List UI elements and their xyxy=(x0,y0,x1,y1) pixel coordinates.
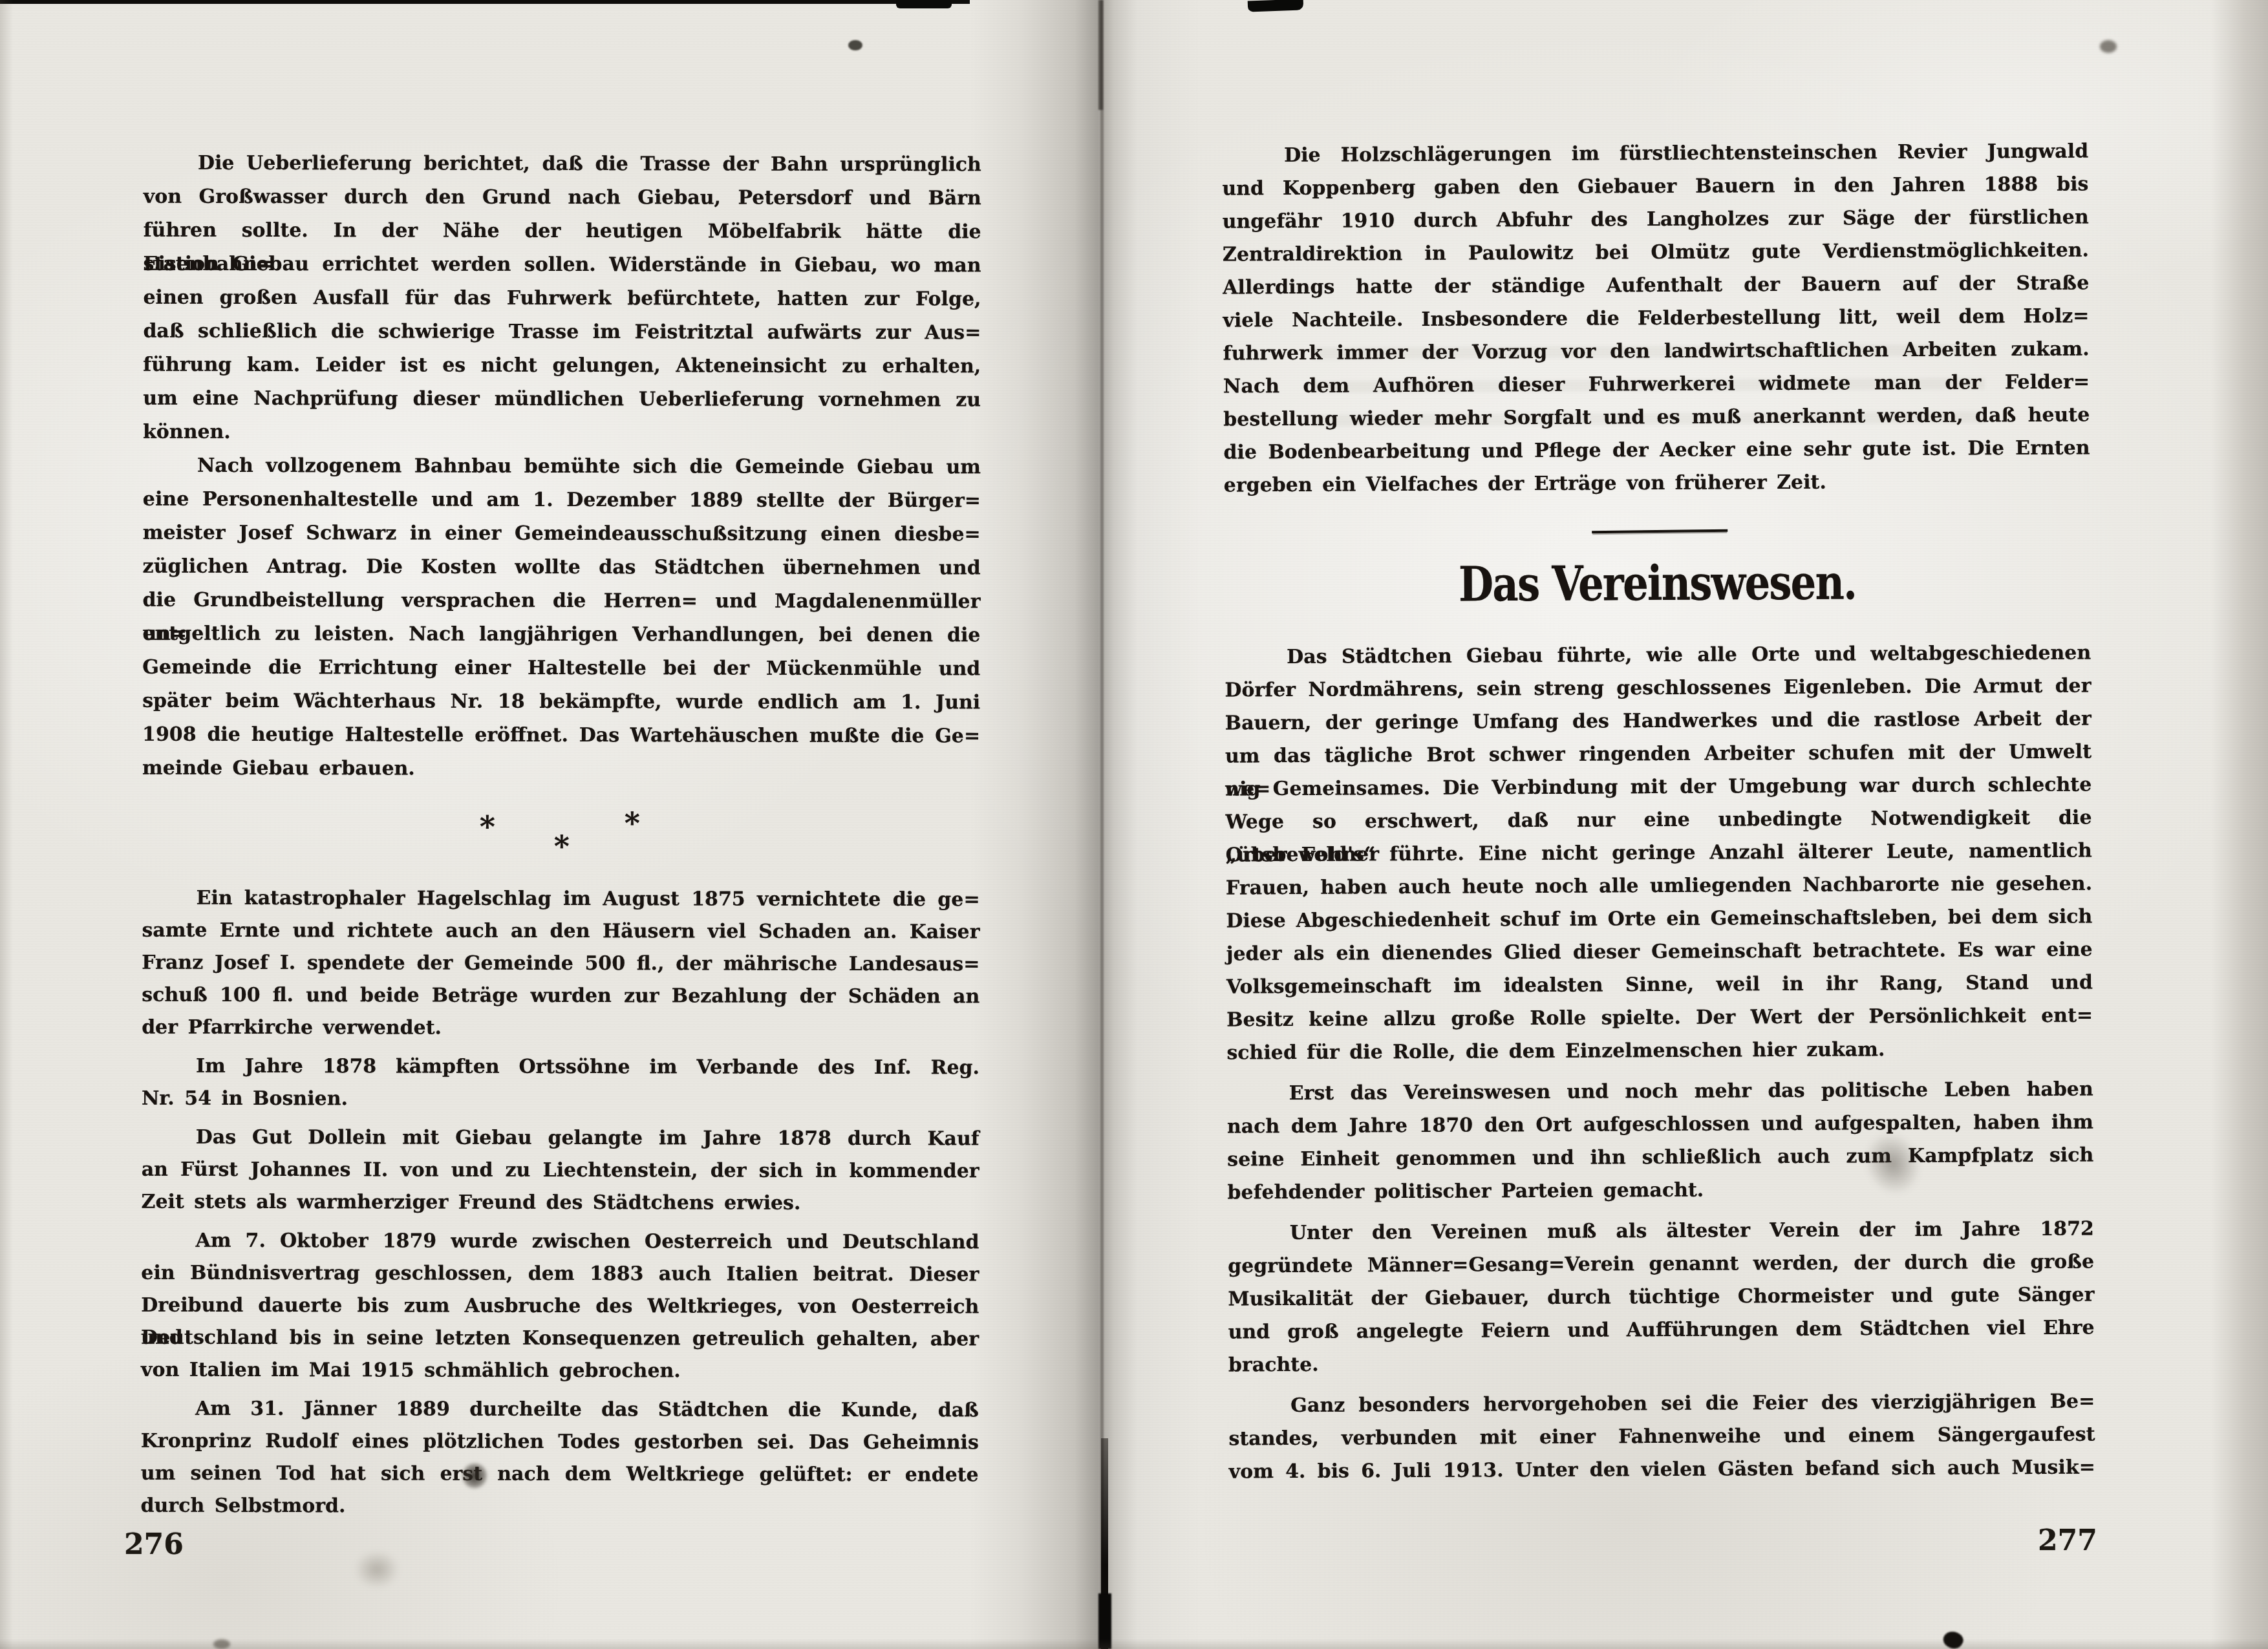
text-line: Das Städtchen Giebau führte, wie alle Or… xyxy=(1225,636,2091,674)
text-line: Franz Josef I. spendete der Gemeinde 500… xyxy=(142,947,979,981)
text-line: Ganz besonders hervorgehoben sei die Fei… xyxy=(1228,1385,2095,1422)
speck-top-left-page xyxy=(848,40,862,50)
text-line: Unter den Vereinen muß als ältester Vere… xyxy=(1228,1212,2094,1250)
text-line: Diese Abgeschiedenheit schuf im Orte ein… xyxy=(1226,900,2092,937)
text-line: nig Gemeinsames. Die Verbindung mit der … xyxy=(1225,768,2091,805)
text-line: station Giebau errichtet werden sollen. … xyxy=(144,248,981,283)
text-line: Allerdings hatte der ständige Aufenthalt… xyxy=(1223,266,2089,304)
book-gutter-shadow xyxy=(970,0,1203,1649)
text-line: Nr. 54 in Bosnien. xyxy=(142,1083,979,1117)
text-line: ergeben ein Vielfaches der Erträge von f… xyxy=(1224,464,2090,502)
text-line: daß schließlich die schwierige Trasse im… xyxy=(143,315,981,350)
text-line: „über Feld's“ führte. Eine nicht geringe… xyxy=(1226,834,2092,871)
text-line: Die Holzschlägerungen im fürstliechtenst… xyxy=(1222,134,2088,172)
asterisk: * xyxy=(554,829,570,864)
text-line: Dreibund dauerte bis zum Ausbruche des W… xyxy=(141,1290,979,1324)
text-line: durch Selbstmord. xyxy=(141,1490,979,1524)
text-line: Zeit stets als warmherziger Freund des S… xyxy=(142,1186,979,1220)
text-line: befehdender politischer Parteien gemacht… xyxy=(1227,1171,2093,1209)
text-line: Im Jahre 1878 kämpften Ortssöhne im Verb… xyxy=(142,1050,979,1085)
smudge-stain-left-page xyxy=(354,1550,400,1589)
text-line: meister Josef Schwarz in einer Gemeindea… xyxy=(143,516,981,552)
text-line: Wege so erschwert, daß nur eine unbeding… xyxy=(1225,801,2091,838)
text-line: der Pfarrkirche verwendet. xyxy=(142,1012,979,1046)
text-line: Dörfer Nordmährens, sein streng geschlos… xyxy=(1225,669,2091,707)
text-line: später beim Wächterhaus Nr. 18 bekämpfte… xyxy=(142,685,980,720)
page-edge-shade-left xyxy=(0,0,13,1649)
text-line: und Koppenberg gaben den Giebauer Bauern… xyxy=(1222,167,2088,205)
text-line: 1908 die heutige Haltestelle eröffnet. D… xyxy=(142,718,980,754)
text-line: seine Einheit genommen und ihn schließli… xyxy=(1227,1138,2093,1176)
text-line: einen großen Ausfall für das Fuhrwerk be… xyxy=(143,281,981,317)
text-line: schied für die Rolle, die dem Einzelmens… xyxy=(1226,1032,2093,1069)
text-line: Musikalität der Giebauer, durch tüchtige… xyxy=(1228,1278,2094,1315)
text-line: vom 4. bis 6. Juli 1913. Unter den viele… xyxy=(1229,1451,2095,1488)
text-line: führung kam. Leider ist es nicht gelunge… xyxy=(143,348,981,384)
text-line: Bauern, der geringe Umfang des Handwerke… xyxy=(1225,702,2091,739)
text-line: gegründete Männer=Gesang=Verein genannt … xyxy=(1228,1245,2094,1282)
text-line: um das tägliche Brot schwer ringenden Ar… xyxy=(1225,735,2091,772)
left-page-lower-text: Ein katastrophaler Hagelschlag im August… xyxy=(141,882,980,1524)
text-line: Das Gut Dollein mit Giebau gelangte im J… xyxy=(142,1122,979,1156)
text-line: führen sollte. In der Nähe der heutigen … xyxy=(144,214,981,250)
text-line: Volksgemeinschaft im idealsten Sinne, we… xyxy=(1226,966,2093,1003)
binding-crease-top xyxy=(1098,0,1103,110)
binding-crease xyxy=(1100,0,1104,1649)
text-line: die Grundbeistellung versprachen die Her… xyxy=(142,584,980,619)
text-line: standes, verbunden mit einer Fahnenweihe… xyxy=(1228,1418,2095,1455)
text-line: Die Ueberlieferung berichtet, daß die Tr… xyxy=(144,147,981,182)
text-line: können. xyxy=(143,416,981,451)
text-line: Am 31. Jänner 1889 durcheilte das Städtc… xyxy=(141,1393,979,1427)
text-line: jeder als ein dienendes Glied dieser Gem… xyxy=(1226,933,2092,970)
text-line: brachte. xyxy=(1228,1344,2095,1381)
text-line: ein Bündnisvertrag geschlossen, dem 1883… xyxy=(141,1257,979,1292)
text-line: Kronprinz Rudolf eines plötzlichen Todes… xyxy=(141,1425,979,1460)
text-line: Zentraldirektion in Paulowitz bei Olmütz… xyxy=(1223,233,2089,271)
text-line: nach dem Jahre 1870 den Ort aufgeschloss… xyxy=(1227,1105,2093,1143)
text-line: Deutschland bis in seine letzten Konsequ… xyxy=(141,1322,979,1356)
text-line: meinde Giebau erbauen. xyxy=(142,752,980,787)
text-line: schuß 100 fl. und beide Beträge wurden z… xyxy=(142,979,979,1014)
text-line: Frauen, haben auch heute noch alle umlie… xyxy=(1226,867,2092,904)
speck-top-right-page xyxy=(2100,40,2117,53)
text-line: Gemeinde die Errichtung einer Haltestell… xyxy=(142,651,980,686)
text-line: züglichen Antrag. Die Kosten wollte das … xyxy=(143,550,981,586)
text-line: von Italien im Mai 1915 schmählich gebro… xyxy=(141,1354,979,1388)
text-line: von Großwasser durch den Grund nach Gieb… xyxy=(144,180,981,216)
text-line: samte Ernte und richtete auch an den Häu… xyxy=(142,915,979,949)
asterisk: * xyxy=(480,809,495,844)
right-page-body-text: Das Städtchen Giebau führte, wie alle Or… xyxy=(1225,636,2095,1488)
text-line: eine Personenhaltestelle und am 1. Dezem… xyxy=(143,483,981,518)
asterisk-separator: *** xyxy=(142,785,980,884)
text-line: Nach vollzogenem Bahnbau bemühte sich di… xyxy=(143,449,981,485)
text-line: um eine Nachprüfung dieser mündlichen Ue… xyxy=(143,382,981,418)
section-divider-rule xyxy=(1592,529,1728,534)
text-line: um seinen Tod hat sich erst nach dem Wel… xyxy=(141,1458,979,1492)
text-line: die Bodenbearbeitung und Pflege der Aeck… xyxy=(1223,431,2090,469)
text-line: an Fürst Johannes II. von und zu Liechte… xyxy=(142,1154,979,1188)
scan-artifact-top-edge-thick xyxy=(896,0,952,8)
text-line: viele Nachteile. Insbesondere die Felder… xyxy=(1223,299,2089,337)
scan-artifact-top-edge xyxy=(0,0,970,4)
text-line: Ein katastrophaler Hagelschlag im August… xyxy=(142,882,980,917)
right-page-intro-text: Die Holzschlägerungen im fürstliechtenst… xyxy=(1222,134,2090,502)
text-line: fuhrwerk immer der Vorzug vor den landwi… xyxy=(1223,332,2090,370)
left-page: Die Ueberlieferung berichtet, daß die Tr… xyxy=(141,147,981,1524)
text-line: entgeltlich zu leisten. Nach langjährige… xyxy=(142,617,980,653)
left-page-upper-text: Die Ueberlieferung berichtet, daß die Tr… xyxy=(142,147,981,787)
right-page: Die Holzschlägerungen im fürstliechtenst… xyxy=(1222,134,2095,1488)
text-line: Besitz keine allzu große Rolle spielte. … xyxy=(1226,999,2093,1036)
page-edge-shade-right xyxy=(2211,0,2268,1649)
book-scan: { "book": { "left_page": { "page_number"… xyxy=(0,0,2268,1649)
text-line: Am 7. Oktober 1879 wurde zwischen Oester… xyxy=(141,1225,979,1259)
text-line: ungefähr 1910 durch Abfuhr des Langholze… xyxy=(1223,200,2089,238)
text-line: und groß angelegte Feiern und Aufführung… xyxy=(1228,1311,2095,1348)
fleck-bottom-left-page xyxy=(213,1639,230,1649)
text-line: Nach dem Aufhören dieser Fuhrwerkerei wi… xyxy=(1223,365,2090,403)
scan-artifact-top-blob xyxy=(1248,0,1304,12)
text-line: bestellung wieder mehr Sorgfalt und es m… xyxy=(1223,398,2090,436)
text-line: Erst das Vereinswesen und noch mehr das … xyxy=(1227,1072,2093,1110)
page-number-left: 276 xyxy=(124,1528,184,1561)
page-edge-shade-bottom xyxy=(0,1639,2268,1649)
page-number-right: 277 xyxy=(2038,1524,2097,1557)
section-heading: Das Vereinswesen. xyxy=(1294,546,2022,621)
asterisk: * xyxy=(625,805,640,840)
